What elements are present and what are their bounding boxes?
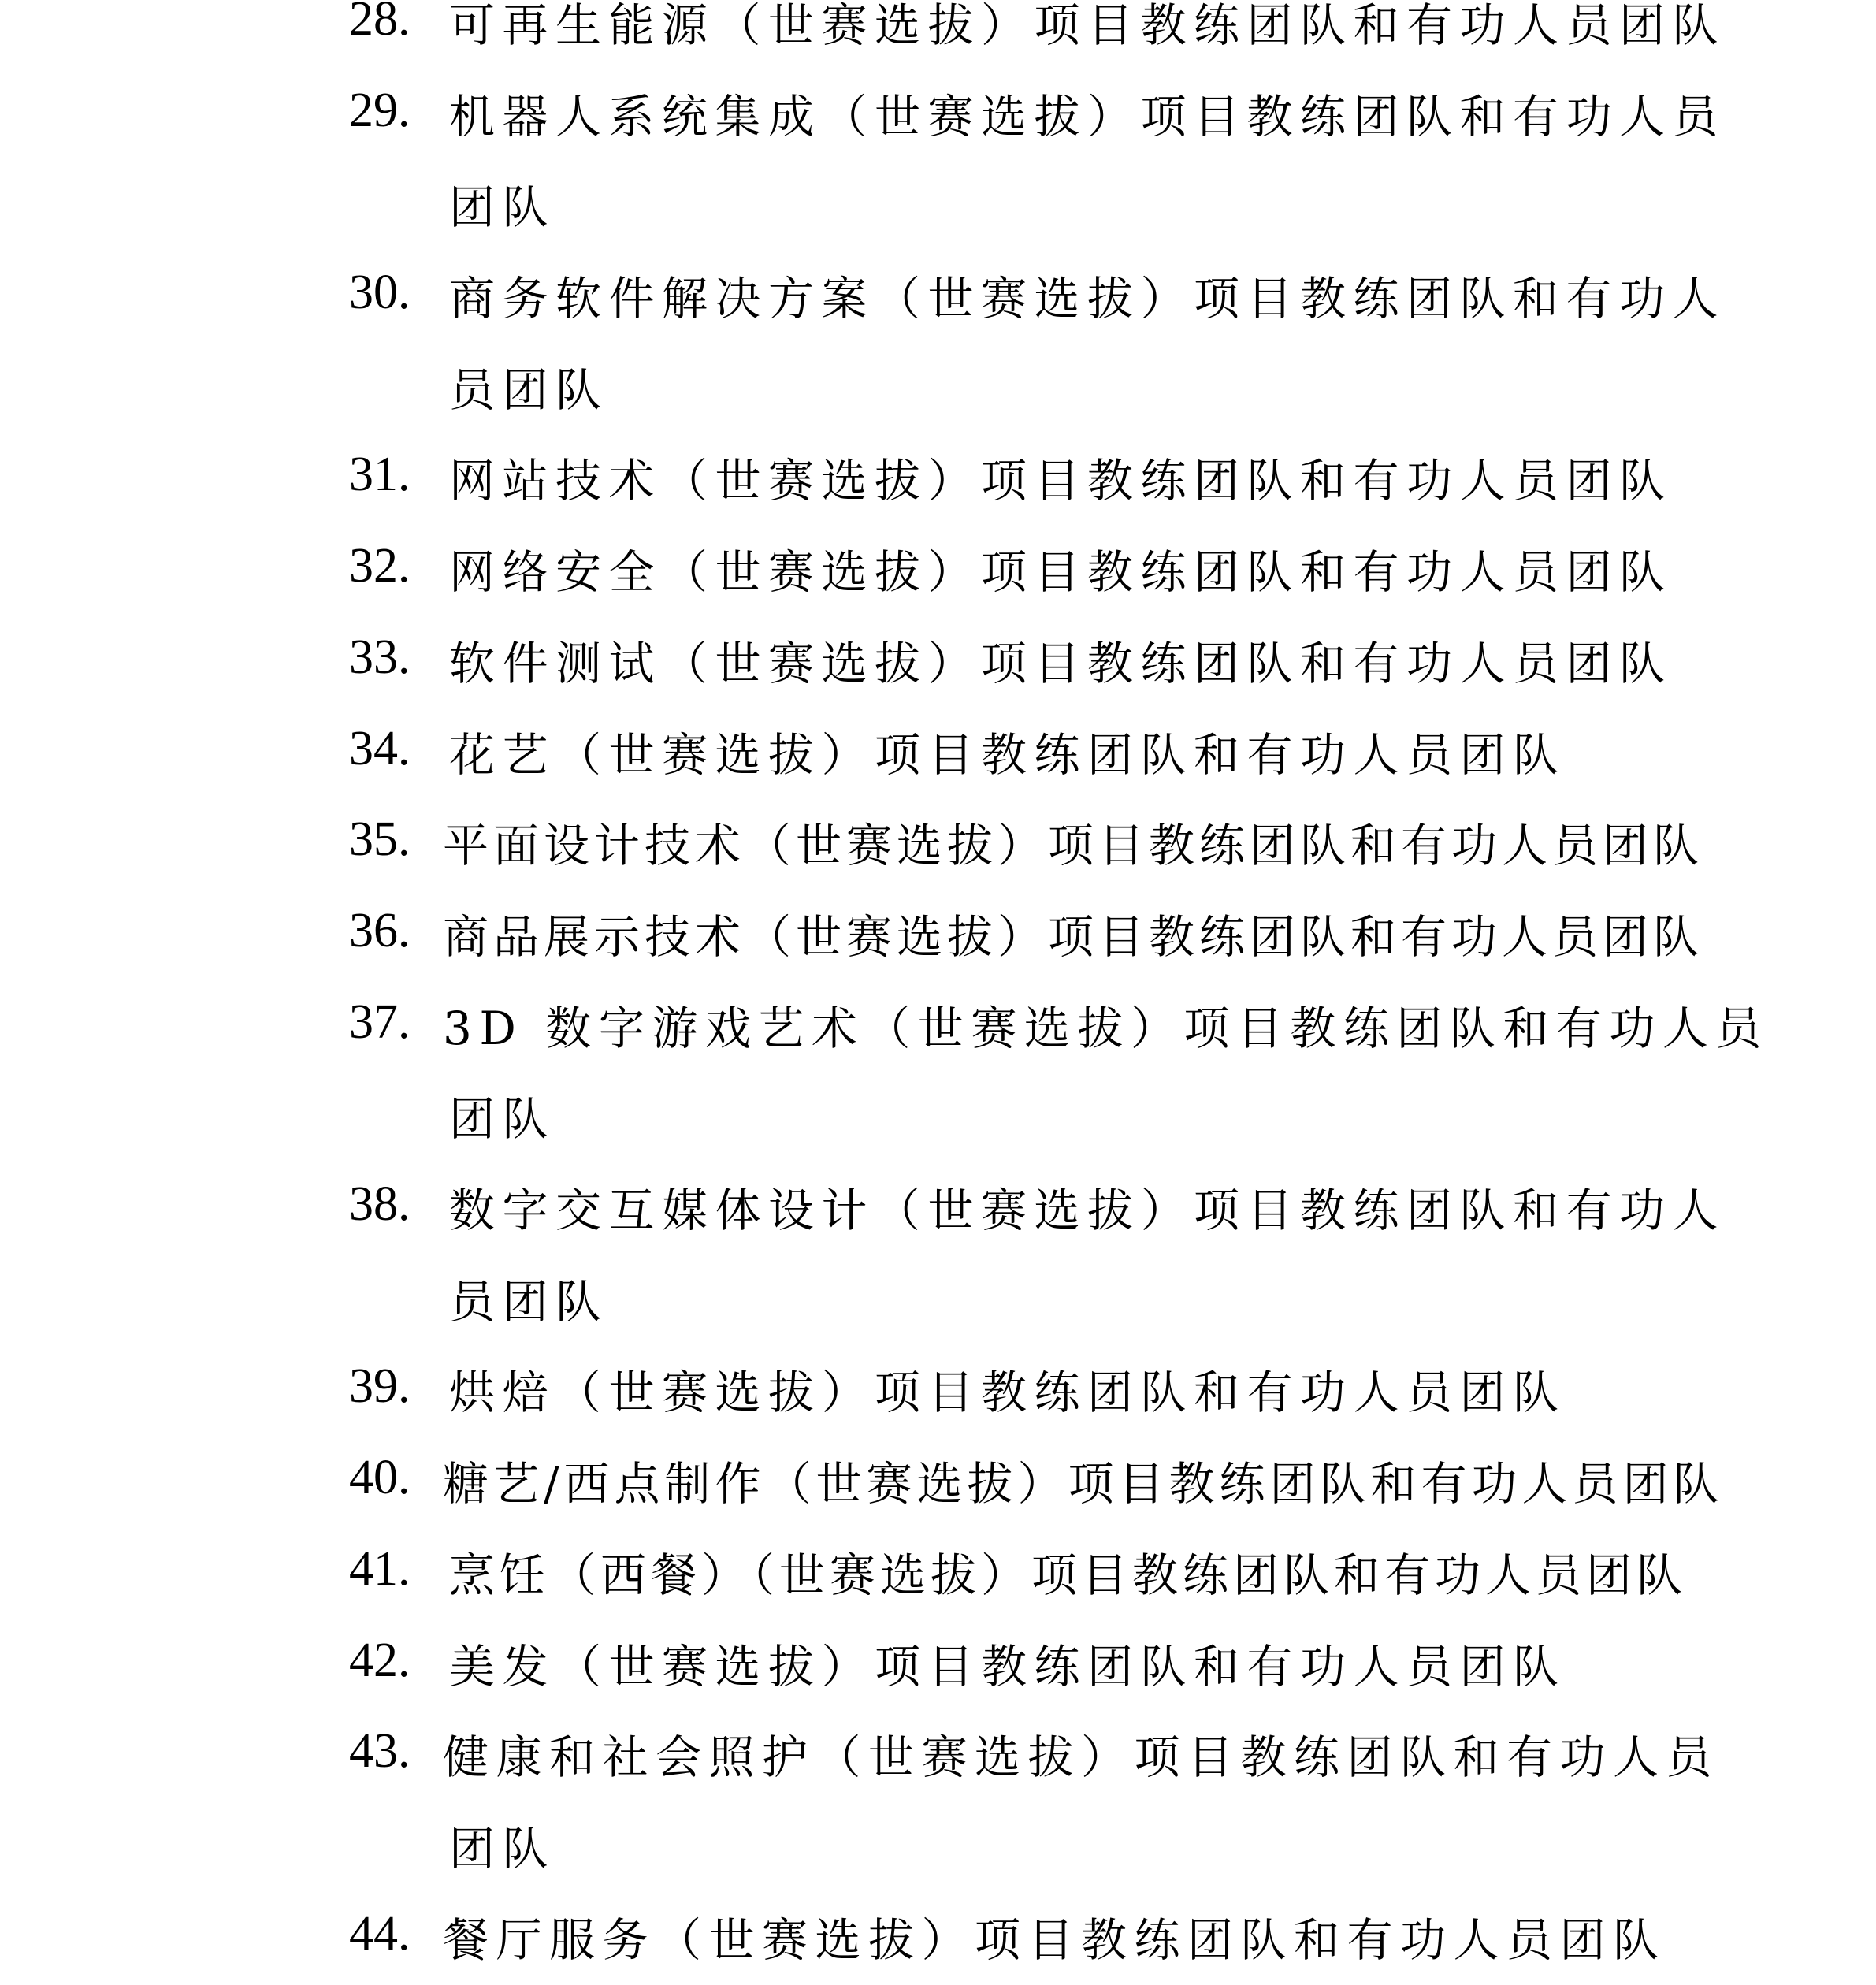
list-item-29: 29. 机器人系统集成（世赛选拔）项目教练团队和有功人员 <box>0 43 1876 135</box>
item-number: 29. <box>349 86 410 135</box>
item-text-continuation: 团队 <box>449 184 555 230</box>
item-number: 39. <box>349 1362 410 1411</box>
item-number: 33. <box>349 633 410 682</box>
list-item-31: 31. 网站技术（世赛选拔）项目教练团队和有功人员团队 <box>0 407 1876 499</box>
list-item-39: 39. 烘焙（世赛选拔）项目教练团队和有功人员团队 <box>0 1319 1876 1411</box>
item-text-continuation: 员团队 <box>449 1279 609 1325</box>
list-item-40: 40. 糖艺/西点制作（世赛选拔）项目教练团队和有功人员团队 <box>0 1411 1876 1502</box>
item-text: 机器人系统集成（世赛选拔）项目教练团队和有功人员 <box>449 94 1726 139</box>
item-text: 软件测试（世赛选拔）项目教练团队和有功人员团队 <box>449 641 1673 686</box>
list-item-38-continuation: 员团队 <box>0 1229 1876 1320</box>
list-item-37-continuation: 团队 <box>0 1046 1876 1137</box>
item-number: 30. <box>349 268 410 317</box>
item-text-continuation: 团队 <box>449 1096 555 1142</box>
list-item-36: 36. 商品展示技术（世赛选拔）项目教练团队和有功人员团队 <box>0 864 1876 955</box>
item-text: 商务软件解决方案（世赛选拔）项目教练团队和有功人 <box>449 276 1726 322</box>
item-number: 31. <box>349 450 410 499</box>
list-item-32: 32. 网络安全（世赛选拔）项目教练团队和有功人员团队 <box>0 499 1876 590</box>
list-item-38: 38. 数字交互媒体设计（世赛选拔）项目教练团队和有功人 <box>0 1137 1876 1229</box>
list-item-37: 37. 3D 数字游戏艺术（世赛选拔）项目教练团队和有功人员 <box>0 955 1876 1046</box>
item-text-continuation: 团队 <box>449 1826 555 1872</box>
item-text: 网络安全（世赛选拔）项目教练团队和有功人员团队 <box>449 549 1673 595</box>
item-number: 35. <box>349 815 410 864</box>
list-item-28: 28. 可再生能源（世赛选拔）项目教练团队和有功人员团队 <box>0 0 1876 43</box>
list-item-43: 43. 健康和社会照护（世赛选拔）项目教练团队和有功人员 <box>0 1684 1876 1775</box>
item-text: 糖艺/西点制作（世赛选拔）项目教练团队和有功人员团队 <box>443 1461 1724 1507</box>
list-item-29-continuation: 团队 <box>0 134 1876 225</box>
item-number: 36. <box>349 906 410 955</box>
list-item-41: 41. 烹饪（西餐）（世赛选拔）项目教练团队和有功人员团队 <box>0 1502 1876 1593</box>
item-number: 41. <box>349 1545 410 1593</box>
list-item-44: 44. 餐厅服务（世赛选拔）项目教练团队和有功人员团队 <box>0 1867 1876 1958</box>
item-text: 健康和社会照护（世赛选拔）项目教练团队和有功人员 <box>443 1734 1719 1780</box>
list-item-33: 33. 软件测试（世赛选拔）项目教练团队和有功人员团队 <box>0 590 1876 682</box>
list-item-43-continuation: 团队 <box>0 1775 1876 1867</box>
item-text: 网站技术（世赛选拔）项目教练团队和有功人员团队 <box>449 458 1673 504</box>
list-item-35: 35. 平面设计技术（世赛选拔）项目教练团队和有功人员团队 <box>0 772 1876 864</box>
item-text: 花艺（世赛选拔）项目教练团队和有功人员团队 <box>449 732 1566 778</box>
list-item-34: 34. 花艺（世赛选拔）项目教练团队和有功人员团队 <box>0 682 1876 773</box>
item-text: 平面设计技术（世赛选拔）项目教练团队和有功人员团队 <box>443 823 1703 868</box>
item-text: 餐厅服务（世赛选拔）项目教练团队和有功人员团队 <box>443 1917 1666 1963</box>
item-number: 37. <box>349 998 410 1046</box>
list-item-30-continuation: 员团队 <box>0 317 1876 408</box>
item-text: 3D 数字游戏艺术（世赛选拔）项目教练团队和有功人员 <box>443 1006 1769 1051</box>
item-number: 44. <box>349 1909 410 1958</box>
item-number: 28. <box>349 0 410 43</box>
item-text: 烘焙（世赛选拔）项目教练团队和有功人员团队 <box>449 1370 1566 1415</box>
item-text: 烹饪（西餐）（世赛选拔）项目教练团队和有功人员团队 <box>449 1552 1687 1598</box>
document-page: 28. 可再生能源（世赛选拔）项目教练团队和有功人员团队 29. 机器人系统集成… <box>0 0 1876 1985</box>
item-number: 32. <box>349 541 410 590</box>
item-text: 可再生能源（世赛选拔）项目教练团队和有功人员团队 <box>449 2 1726 48</box>
item-number: 34. <box>349 724 410 773</box>
item-number: 38. <box>349 1180 410 1229</box>
item-number: 42. <box>349 1636 410 1685</box>
item-text: 数字交互媒体设计（世赛选拔）项目教练团队和有功人 <box>449 1188 1726 1233</box>
item-text: 商品展示技术（世赛选拔）项目教练团队和有功人员团队 <box>443 914 1703 960</box>
item-number: 40. <box>349 1453 410 1502</box>
list-item-42: 42. 美发（世赛选拔）项目教练团队和有功人员团队 <box>0 1593 1876 1685</box>
item-text-continuation: 员团队 <box>449 367 609 413</box>
list-item-30: 30. 商务软件解决方案（世赛选拔）项目教练团队和有功人 <box>0 225 1876 317</box>
item-number: 43. <box>349 1727 410 1775</box>
item-text: 美发（世赛选拔）项目教练团队和有功人员团队 <box>449 1644 1566 1689</box>
